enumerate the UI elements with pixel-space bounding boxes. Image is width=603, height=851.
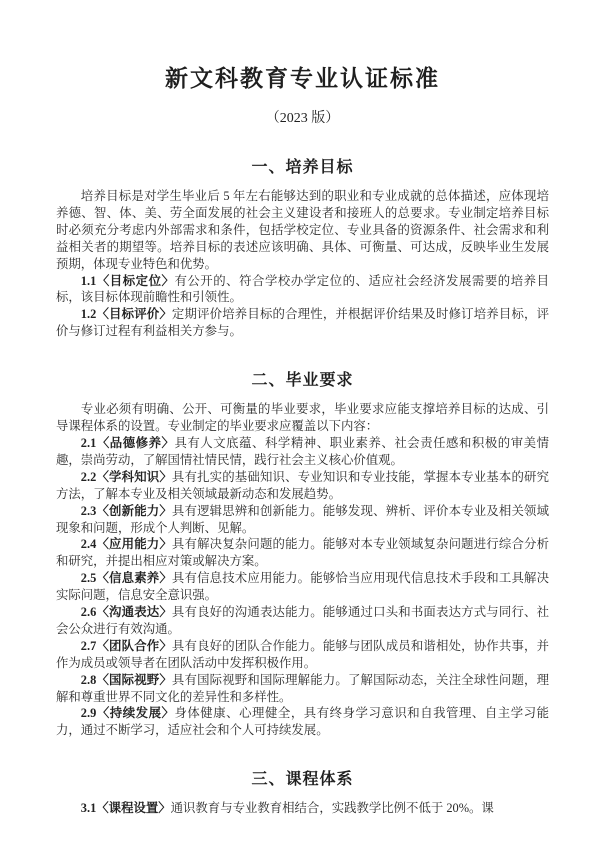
clause-2-4: 2.4〈应用能力〉具有解决复杂问题的能力。能够对本专业领域复杂问题进行综合分析和… <box>56 536 549 570</box>
clause-2-5-label: 2.5〈信息素养〉 <box>81 571 172 585</box>
clause-1-1: 1.1〈目标定位〉有公开的、符合学校办学定位的、适应社会经济发展需要的培养目标，… <box>56 273 549 307</box>
section-3-heading: 三、课程体系 <box>56 766 549 789</box>
document-title: 新文科教育专业认证标准 <box>56 60 549 93</box>
clause-1-2: 1.2〈目标评价〉定期评价培养目标的合理性，并根据评价结果及时修订培养目标，评价… <box>56 306 549 340</box>
section-graduation-requirements: 二、毕业要求 专业必须有明确、公开、可衡量的毕业要求，毕业要求应能支撑培养目标的… <box>56 367 549 739</box>
section-1-heading: 一、培养目标 <box>56 154 549 177</box>
clause-2-6-label: 2.6〈沟通表达〉 <box>81 605 172 619</box>
section-cultivation-goals: 一、培养目标 培养目标是对学生毕业后 5 年左右能够达到的职业和专业成就的总体描… <box>56 154 549 340</box>
clause-2-3-label: 2.3〈创新能力〉 <box>81 504 172 518</box>
clause-2-9: 2.9〈持续发展〉身体健康、心理健全，具有终身学习意识和自我管理、自主学习能力，… <box>56 705 549 739</box>
section-1-intro: 培养目标是对学生毕业后 5 年左右能够达到的职业和专业成就的总体描述，应体现培养… <box>56 188 549 273</box>
document-subtitle: （2023 版） <box>56 107 549 127</box>
clause-1-2-label: 1.2〈目标评价〉 <box>81 307 172 321</box>
document-page: 新文科教育专业认证标准 （2023 版） 一、培养目标 培养目标是对学生毕业后 … <box>0 0 603 851</box>
clause-2-2-label: 2.2〈学科知识〉 <box>81 470 172 484</box>
clause-3-1: 3.1〈课程设置〉通识教育与专业教育相结合，实践教学比例不低于 20%。课 <box>56 800 549 817</box>
section-2-heading: 二、毕业要求 <box>56 367 549 390</box>
clause-2-4-label: 2.4〈应用能力〉 <box>81 537 172 551</box>
clause-2-9-label: 2.9〈持续发展〉 <box>81 706 175 720</box>
clause-2-7: 2.7〈团队合作〉具有良好的团队合作能力。能够与团队成员和谐相处，协作共事，并作… <box>56 638 549 672</box>
clause-2-6: 2.6〈沟通表达〉具有良好的沟通表达能力。能够通过口头和书面表达方式与同行、社会… <box>56 604 549 638</box>
clause-3-1-text: 通识教育与专业教育相结合，实践教学比例不低于 20%。课 <box>171 801 494 815</box>
clause-2-5: 2.5〈信息素养〉具有信息技术应用能力。能够恰当应用现代信息技术手段和工具解决实… <box>56 570 549 604</box>
clause-2-7-label: 2.7〈团队合作〉 <box>81 639 172 653</box>
clause-2-1-label: 2.1〈品德修养〉 <box>81 436 175 450</box>
clause-3-1-label: 3.1〈课程设置〉 <box>81 801 171 815</box>
clause-2-1: 2.1〈品德修养〉具有人文底蕴、科学精神、职业素养、社会责任感和积极的审美情趣，… <box>56 435 549 469</box>
section-curriculum-system: 三、课程体系 3.1〈课程设置〉通识教育与专业教育相结合，实践教学比例不低于 2… <box>56 766 549 817</box>
clause-2-8-label: 2.8〈国际视野〉 <box>81 673 172 687</box>
clause-2-8: 2.8〈国际视野〉具有国际视野和国际理解能力。了解国际动态，关注全球性问题，理解… <box>56 672 549 706</box>
clause-1-1-label: 1.1〈目标定位〉 <box>81 274 175 288</box>
section-2-intro: 专业必须有明确、公开、可衡量的毕业要求，毕业要求应能支撑培养目标的达成、引导课程… <box>56 401 549 435</box>
clause-2-3: 2.3〈创新能力〉具有逻辑思辨和创新能力。能够发现、辨析、评价本专业及相关领域现… <box>56 503 549 537</box>
clause-2-2: 2.2〈学科知识〉具有扎实的基础知识、专业知识和专业技能，掌握本专业基本的研究方… <box>56 469 549 503</box>
